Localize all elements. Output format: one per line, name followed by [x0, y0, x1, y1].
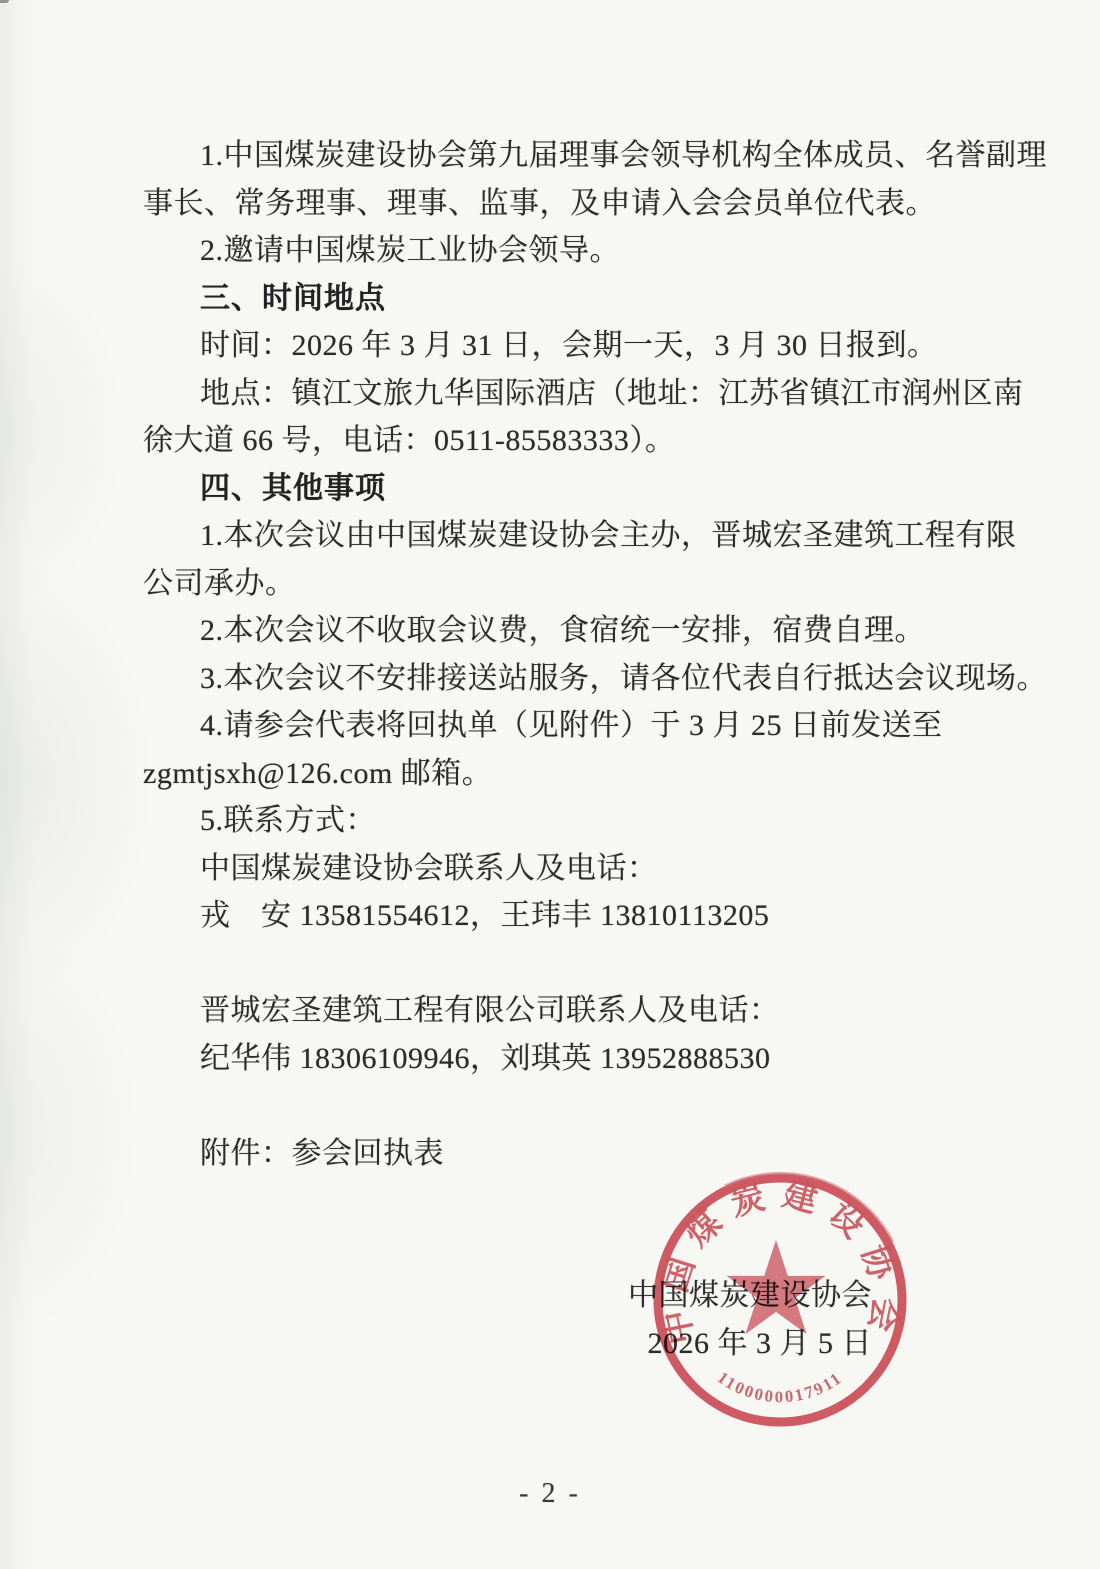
- document-line: 3.本次会议不安排接送站服务，请各位代表自行抵达会议现场。: [143, 655, 965, 703]
- document-line: 四、其他事项: [143, 465, 965, 513]
- document-line: 徐大道 66 号，电话：0511-85583333）。: [143, 417, 965, 465]
- document-line: 纪华伟 18306109946，刘琪英 13952888530: [143, 1035, 965, 1083]
- document-line: 戎 安 13581554612，王玮丰 13810113205: [143, 892, 965, 940]
- seal-star-icon: [727, 1240, 826, 1334]
- svg-text:1100000017911: 1100000017911: [714, 1368, 846, 1406]
- document-line: 4.请参会代表将回执单（见附件）于 3 月 25 日前发送至: [143, 702, 965, 750]
- document-line: 公司承办。: [143, 560, 965, 608]
- document-line: 1.本次会议由中国煤炭建设协会主办，晋城宏圣建筑工程有限: [143, 512, 965, 560]
- document-line: 时间：2026 年 3 月 31 日，会期一天，3 月 30 日报到。: [143, 322, 965, 370]
- official-seal: 中国煤炭建设协会 1100000017911: [628, 1148, 932, 1452]
- document-line: 中国煤炭建设协会联系人及电话：: [143, 845, 965, 893]
- document-page: 1.中国煤炭建设协会第九届理事会领导机构全体成员、名誉副理事长、常务理事、理事、…: [0, 0, 1100, 1569]
- scan-artifact: [0, 0, 9, 3]
- blank-line: [143, 1082, 965, 1130]
- document-line: 晋城宏圣建筑工程有限公司联系人及电话：: [143, 987, 965, 1035]
- document-line: 5.联系方式：: [143, 797, 965, 845]
- seal-serial-number: 1100000017911: [714, 1368, 846, 1406]
- document-line: 三、时间地点: [143, 275, 965, 323]
- document-line: 2.本次会议不收取会议费，食宿统一安排，宿费自理。: [143, 607, 965, 655]
- document-line: zgmtjsxh@126.com 邮箱。: [143, 750, 965, 798]
- document-line: 事长、常务理事、理事、监事，及申请入会会员单位代表。: [143, 180, 965, 228]
- blank-line: [143, 940, 965, 988]
- document-line: 1.中国煤炭建设协会第九届理事会领导机构全体成员、名誉副理: [143, 132, 965, 180]
- page-number: - 2 -: [0, 1478, 1100, 1510]
- document-line: 2.邀请中国煤炭工业协会领导。: [143, 227, 965, 275]
- document-line: 地点：镇江文旅九华国际酒店（地址：江苏省镇江市润州区南: [143, 370, 965, 418]
